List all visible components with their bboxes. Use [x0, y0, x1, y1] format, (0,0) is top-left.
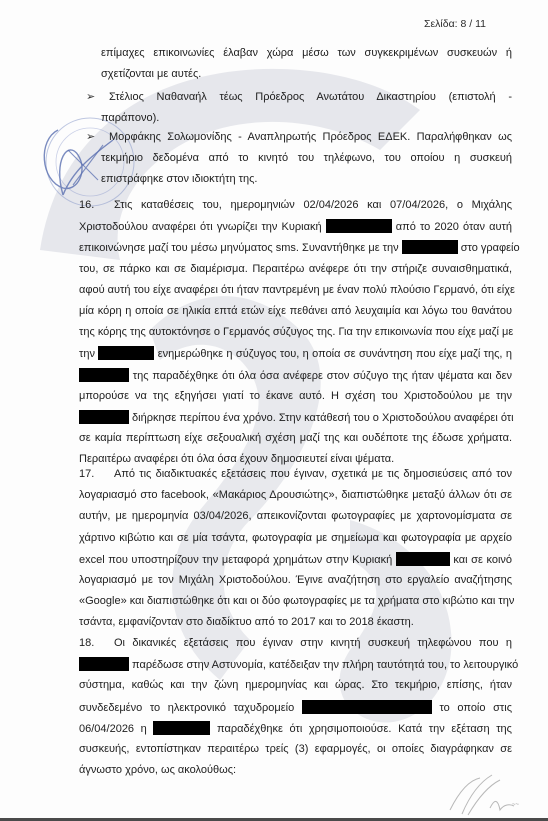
paragraph-16-line: την ενημερώθηκε η σύζυγος του, η οποία σ…: [79, 346, 512, 361]
paragraph-18-line: σύστημα, καθώς και την ζώνη ημερομηνίας …: [79, 678, 512, 692]
paragraph-16-line: του, σε πάρκο και σε διαμέρισμα. Περαιτέ…: [79, 262, 512, 276]
page-number: Σελίδα: 8 / 11: [424, 18, 486, 30]
text-span: παράπονο).: [101, 112, 159, 124]
redaction-box: [302, 700, 432, 714]
bullet-line: Στέλιος Ναθαναήλ τέως Πρόεδρος Ανωτάτου …: [109, 90, 512, 104]
text-span: τεκμήριο δεδομένα από το κινητό του τηλέ…: [101, 152, 512, 164]
bullet-line: Μορφάκης Σολωμονίδης - Αναπληρωτής Πρόεδ…: [109, 130, 512, 144]
text-span: Στέλιος Ναθαναήλ τέως Πρόεδρος Ανωτάτου …: [109, 91, 512, 103]
paragraph-16-line: διήρκησε περίπου ένα χρόνο. Στην κατάθεσ…: [79, 410, 512, 425]
text-span: σχετίζονται με αυτές.: [101, 68, 201, 80]
text-span: επικοινώνησε μαζί του μέσω μηνύματος sms…: [79, 242, 402, 254]
paragraph-18-line: συνδεδεμένο το ηλεκτρονικό ταχυδρομείο τ…: [79, 700, 512, 715]
paragraph-16-line: μπορούσε να της εξηγήσει γιατί το έκανε …: [79, 389, 512, 403]
text-span: επίμαχες επικοινωνίες έλαβαν χώρα μέσω τ…: [101, 47, 512, 59]
text-span: μία κόρη η οποία σε ηλικία επτά ετών είχ…: [79, 305, 512, 317]
document-page: Σελίδα: 8 / 11 επίμαχες επικοινωνίες έλα…: [0, 0, 548, 821]
paragraph-16-line: επικοινώνησε μαζί του μέσω μηνύματος sms…: [79, 240, 512, 255]
paragraph-number: 18.: [79, 636, 94, 650]
paragraph-18-line: συσκευής, εντοπίστηκαν περαιτέρω τρείς (…: [79, 742, 512, 756]
text-span: τσάντα, εμφανίζονταν στο διαδίκτυο από τ…: [79, 616, 414, 628]
bullet-arrow-icon: ➢: [86, 130, 95, 143]
text-span: excel που υποστηρίζουν την μεταφορά χρημ…: [79, 554, 396, 566]
text-span: χάρτινο κιβώτιο και σε μία τσάντα, φωτογ…: [79, 532, 512, 544]
text-span: της κόρης της αυτοκτόνησε ο Γερμανός σύζ…: [79, 326, 513, 338]
text-span: λογαριασμό με τον Μιχάλη Χριστοδούλου. Έ…: [79, 574, 512, 586]
redaction-box: [79, 657, 129, 671]
text-span: παρέδωσε στην Αστυνομία, κατέδειξαν την …: [129, 659, 518, 671]
bullet-arrow-icon: ➢: [86, 90, 95, 103]
paragraph-17-line: excel που υποστηρίζουν την μεταφορά χρημ…: [79, 552, 512, 567]
text-span: την: [79, 348, 98, 360]
paragraph-17-line: λογαριασμό στο facebook, «Μακάριος Δρουσ…: [79, 488, 512, 502]
bullet-line: παράπονο).: [101, 111, 512, 125]
bullet-line: τεκμήριο δεδομένα από το κινητό του τηλέ…: [101, 151, 512, 165]
text-span: άγνωστο χρόνο, ως ακολούθως:: [79, 764, 236, 776]
svg-text:~~: ~~: [512, 802, 520, 808]
text-span: του, σε πάρκο και σε διαμέρισμα. Περαιτέ…: [79, 263, 512, 275]
text-span: σε καμία περίπτωση είχε σεξουαλική σχέση…: [79, 432, 512, 444]
text-span: Οι δικανικές εξετάσεις που έγιναν στην κ…: [114, 637, 512, 649]
paragraph-18-line: 06/04/2026 η παραδέχθηκε ότι χρησιμοποιο…: [79, 721, 512, 736]
text-span: Μορφάκης Σολωμονίδης - Αναπληρωτής Πρόεδ…: [109, 131, 512, 143]
paragraph-16-line: της κόρης της αυτοκτόνησε ο Γερμανός σύζ…: [79, 325, 512, 339]
paragraph-18-line: άγνωστο χρόνο, ως ακολούθως:: [79, 763, 512, 777]
paragraph-16-line: μία κόρη η οποία σε ηλικία επτά ετών είχ…: [79, 304, 512, 318]
text-span: μπορούσε να της εξηγήσει γιατί το έκανε …: [79, 390, 512, 402]
paragraph-17-line: Από τις διαδικτυακές εξετάσεις που έγινα…: [114, 467, 512, 481]
paragraph-16-line: αφού αυτή του είχε αναφέρει ότι ήταν παν…: [79, 283, 512, 297]
text-span: ενημερώθηκε η σύζυγος του, η οποία σε συ…: [154, 348, 512, 360]
paragraph-16-line: της παραδέχθηκε ότι όλα όσα ανέφερε στον…: [79, 368, 512, 383]
redaction-box: [326, 219, 392, 233]
paragraph-17-line: αυτήν, με ημερομηνία 03/04/2026, απεικον…: [79, 509, 512, 523]
text-span: το οποίο στις: [432, 702, 512, 714]
text-span: επιστράφηκε στον ιδιοκτήτη της.: [101, 173, 257, 185]
paragraph-number: 17.: [79, 467, 94, 481]
text-span: αυτήν, με ημερομηνία 03/04/2026, απεικον…: [79, 510, 512, 522]
paragraph-number: 16.: [79, 198, 94, 212]
paragraph-18-line: παρέδωσε στην Αστυνομία, κατέδειξαν την …: [79, 657, 512, 672]
text-span: Στις καταθέσεις του, ημερομηνιών 02/04/2…: [114, 199, 512, 211]
intro-line: σχετίζονται με αυτές.: [101, 67, 512, 81]
text-span: της παραδέχθηκε ότι όλα όσα ανέφερε στον…: [129, 370, 512, 382]
text-span: παραδέχθηκε ότι χρησιμοποιούσε. Κατά την…: [210, 723, 512, 735]
text-span: Χριστοδούλου αναφέρει ότι γνωρίζει την Κ…: [79, 221, 326, 233]
text-span: 06/04/2026 η: [79, 723, 153, 735]
paragraph-16-line: Στις καταθέσεις του, ημερομηνιών 02/04/2…: [114, 198, 512, 212]
redaction-box: [79, 368, 129, 382]
text-span: διήρκησε περίπου ένα χρόνο. Στην κατάθεσ…: [129, 412, 514, 424]
paragraph-18-line: Οι δικανικές εξετάσεις που έγιναν στην κ…: [114, 636, 512, 650]
redaction-box: [396, 552, 450, 566]
text-span: συνδεδεμένο το ηλεκτρονικό ταχυδρομείο: [79, 702, 302, 714]
text-span: αφού αυτή του είχε αναφέρει ότι ήταν παν…: [79, 284, 515, 296]
text-span: λογαριασμό στο facebook, «Μακάριος Δρουσ…: [79, 489, 512, 501]
redaction-box: [402, 240, 458, 254]
intro-line: επίμαχες επικοινωνίες έλαβαν χώρα μέσω τ…: [101, 46, 512, 60]
redaction-box: [98, 346, 154, 360]
redaction-box: [153, 721, 210, 735]
redaction-box: [79, 410, 129, 424]
text-span: σύστημα, καθώς και την ζώνη ημερομηνίας …: [79, 679, 512, 691]
bullet-line: επιστράφηκε στον ιδιοκτήτη της.: [101, 172, 512, 186]
paragraph-16-line: σε καμία περίπτωση είχε σεξουαλική σχέση…: [79, 431, 512, 445]
text-span: από το 2020 όταν αυτή: [392, 221, 512, 233]
paragraph-17-line: τσάντα, εμφανίζονταν στο διαδίκτυο από τ…: [79, 615, 512, 629]
text-span: συσκευής, εντοπίστηκαν περαιτέρω τρείς (…: [79, 743, 512, 755]
text-span: Περαιτέρω αναφέρει ότι όλα όσα έχουν δημ…: [79, 453, 394, 465]
text-span: Από τις διαδικτυακές εξετάσεις που έγινα…: [114, 468, 512, 480]
text-span: «Google» και διαπιστώθηκε ότι και οι δύο…: [79, 595, 514, 607]
paragraph-16-line: Περαιτέρω αναφέρει ότι όλα όσα έχουν δημ…: [79, 452, 512, 466]
text-span: στο γραφείο: [458, 242, 520, 254]
paragraph-17-line: «Google» και διαπιστώθηκε ότι και οι δύο…: [79, 594, 512, 608]
paragraph-17-line: χάρτινο κιβώτιο και σε μία τσάντα, φωτογ…: [79, 531, 512, 545]
text-span: και σε κοινό: [450, 554, 512, 566]
paragraph-16-line: Χριστοδούλου αναφέρει ότι γνωρίζει την Κ…: [79, 219, 512, 234]
paragraph-17-line: λογαριασμό με τον Μιχάλη Χριστοδούλου. Έ…: [79, 573, 512, 587]
signature-icon: ~~: [440, 770, 548, 818]
